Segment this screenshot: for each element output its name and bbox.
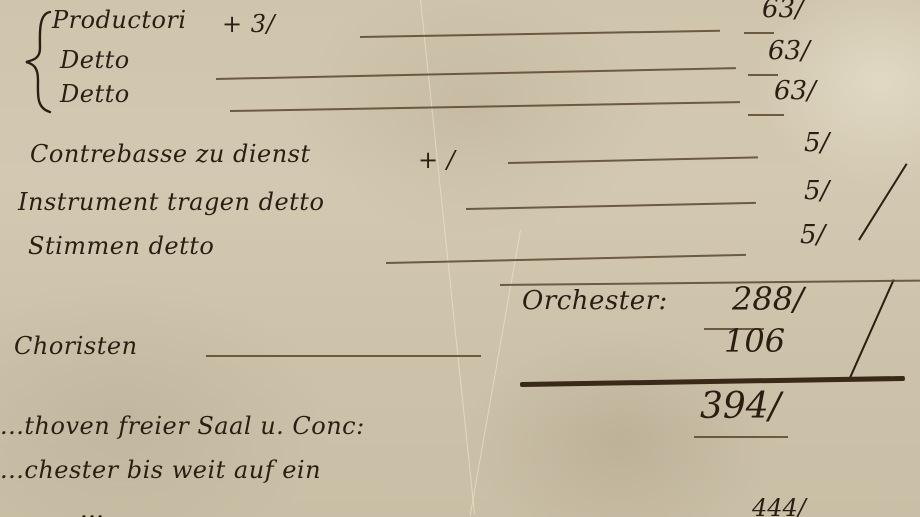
choir-label: Choristen	[14, 332, 138, 360]
row-label: Detto	[60, 80, 130, 108]
ledger-line	[216, 67, 736, 79]
row-label: Stimmen detto	[28, 232, 214, 260]
paper-fold	[470, 230, 521, 516]
row-amount: 5/	[804, 128, 829, 158]
tick-mark	[748, 114, 784, 116]
column-slash	[858, 163, 907, 240]
footer-line: ...	[80, 496, 104, 517]
row-label: Instrument tragen detto	[18, 188, 324, 216]
row-amount: 63/	[768, 36, 810, 66]
row-amount: 5/	[800, 220, 825, 250]
footer-line: ...chester bis weit auf ein	[0, 456, 321, 484]
brace-icon	[14, 8, 54, 118]
footer-line: ...thoven freier Saal u. Conc:	[0, 412, 365, 440]
tick-mark	[744, 32, 774, 34]
addend-value: 106	[724, 322, 785, 360]
ledger-document: Productori + 3/ 63/ Detto 63/ Detto 63/ …	[0, 0, 920, 517]
row-label: Contrebasse zu dienst	[30, 140, 311, 168]
row-label: Detto	[60, 46, 130, 74]
ledger-line	[386, 254, 746, 264]
row-note: + 3/	[222, 10, 275, 38]
row-label: Productori	[52, 6, 187, 34]
row-amount: 5/	[804, 176, 829, 206]
total-value: 394/	[700, 386, 781, 427]
ledger-line	[466, 202, 756, 210]
paper-fold	[420, 0, 475, 514]
ledger-line	[500, 280, 920, 286]
ledger-line	[360, 30, 720, 38]
row-amount: 63/	[774, 76, 816, 106]
footer-amount: 444/	[752, 494, 806, 517]
ledger-line	[230, 101, 740, 111]
ledger-line	[508, 156, 758, 163]
row-amount: 63/	[762, 0, 804, 24]
column-slash	[848, 279, 894, 380]
subtotal-label: Orchester:	[522, 286, 668, 316]
ledger-line	[206, 355, 481, 357]
total-underline	[694, 436, 788, 438]
row-note: + /	[418, 146, 455, 174]
subtotal-value: 288/	[732, 280, 804, 318]
